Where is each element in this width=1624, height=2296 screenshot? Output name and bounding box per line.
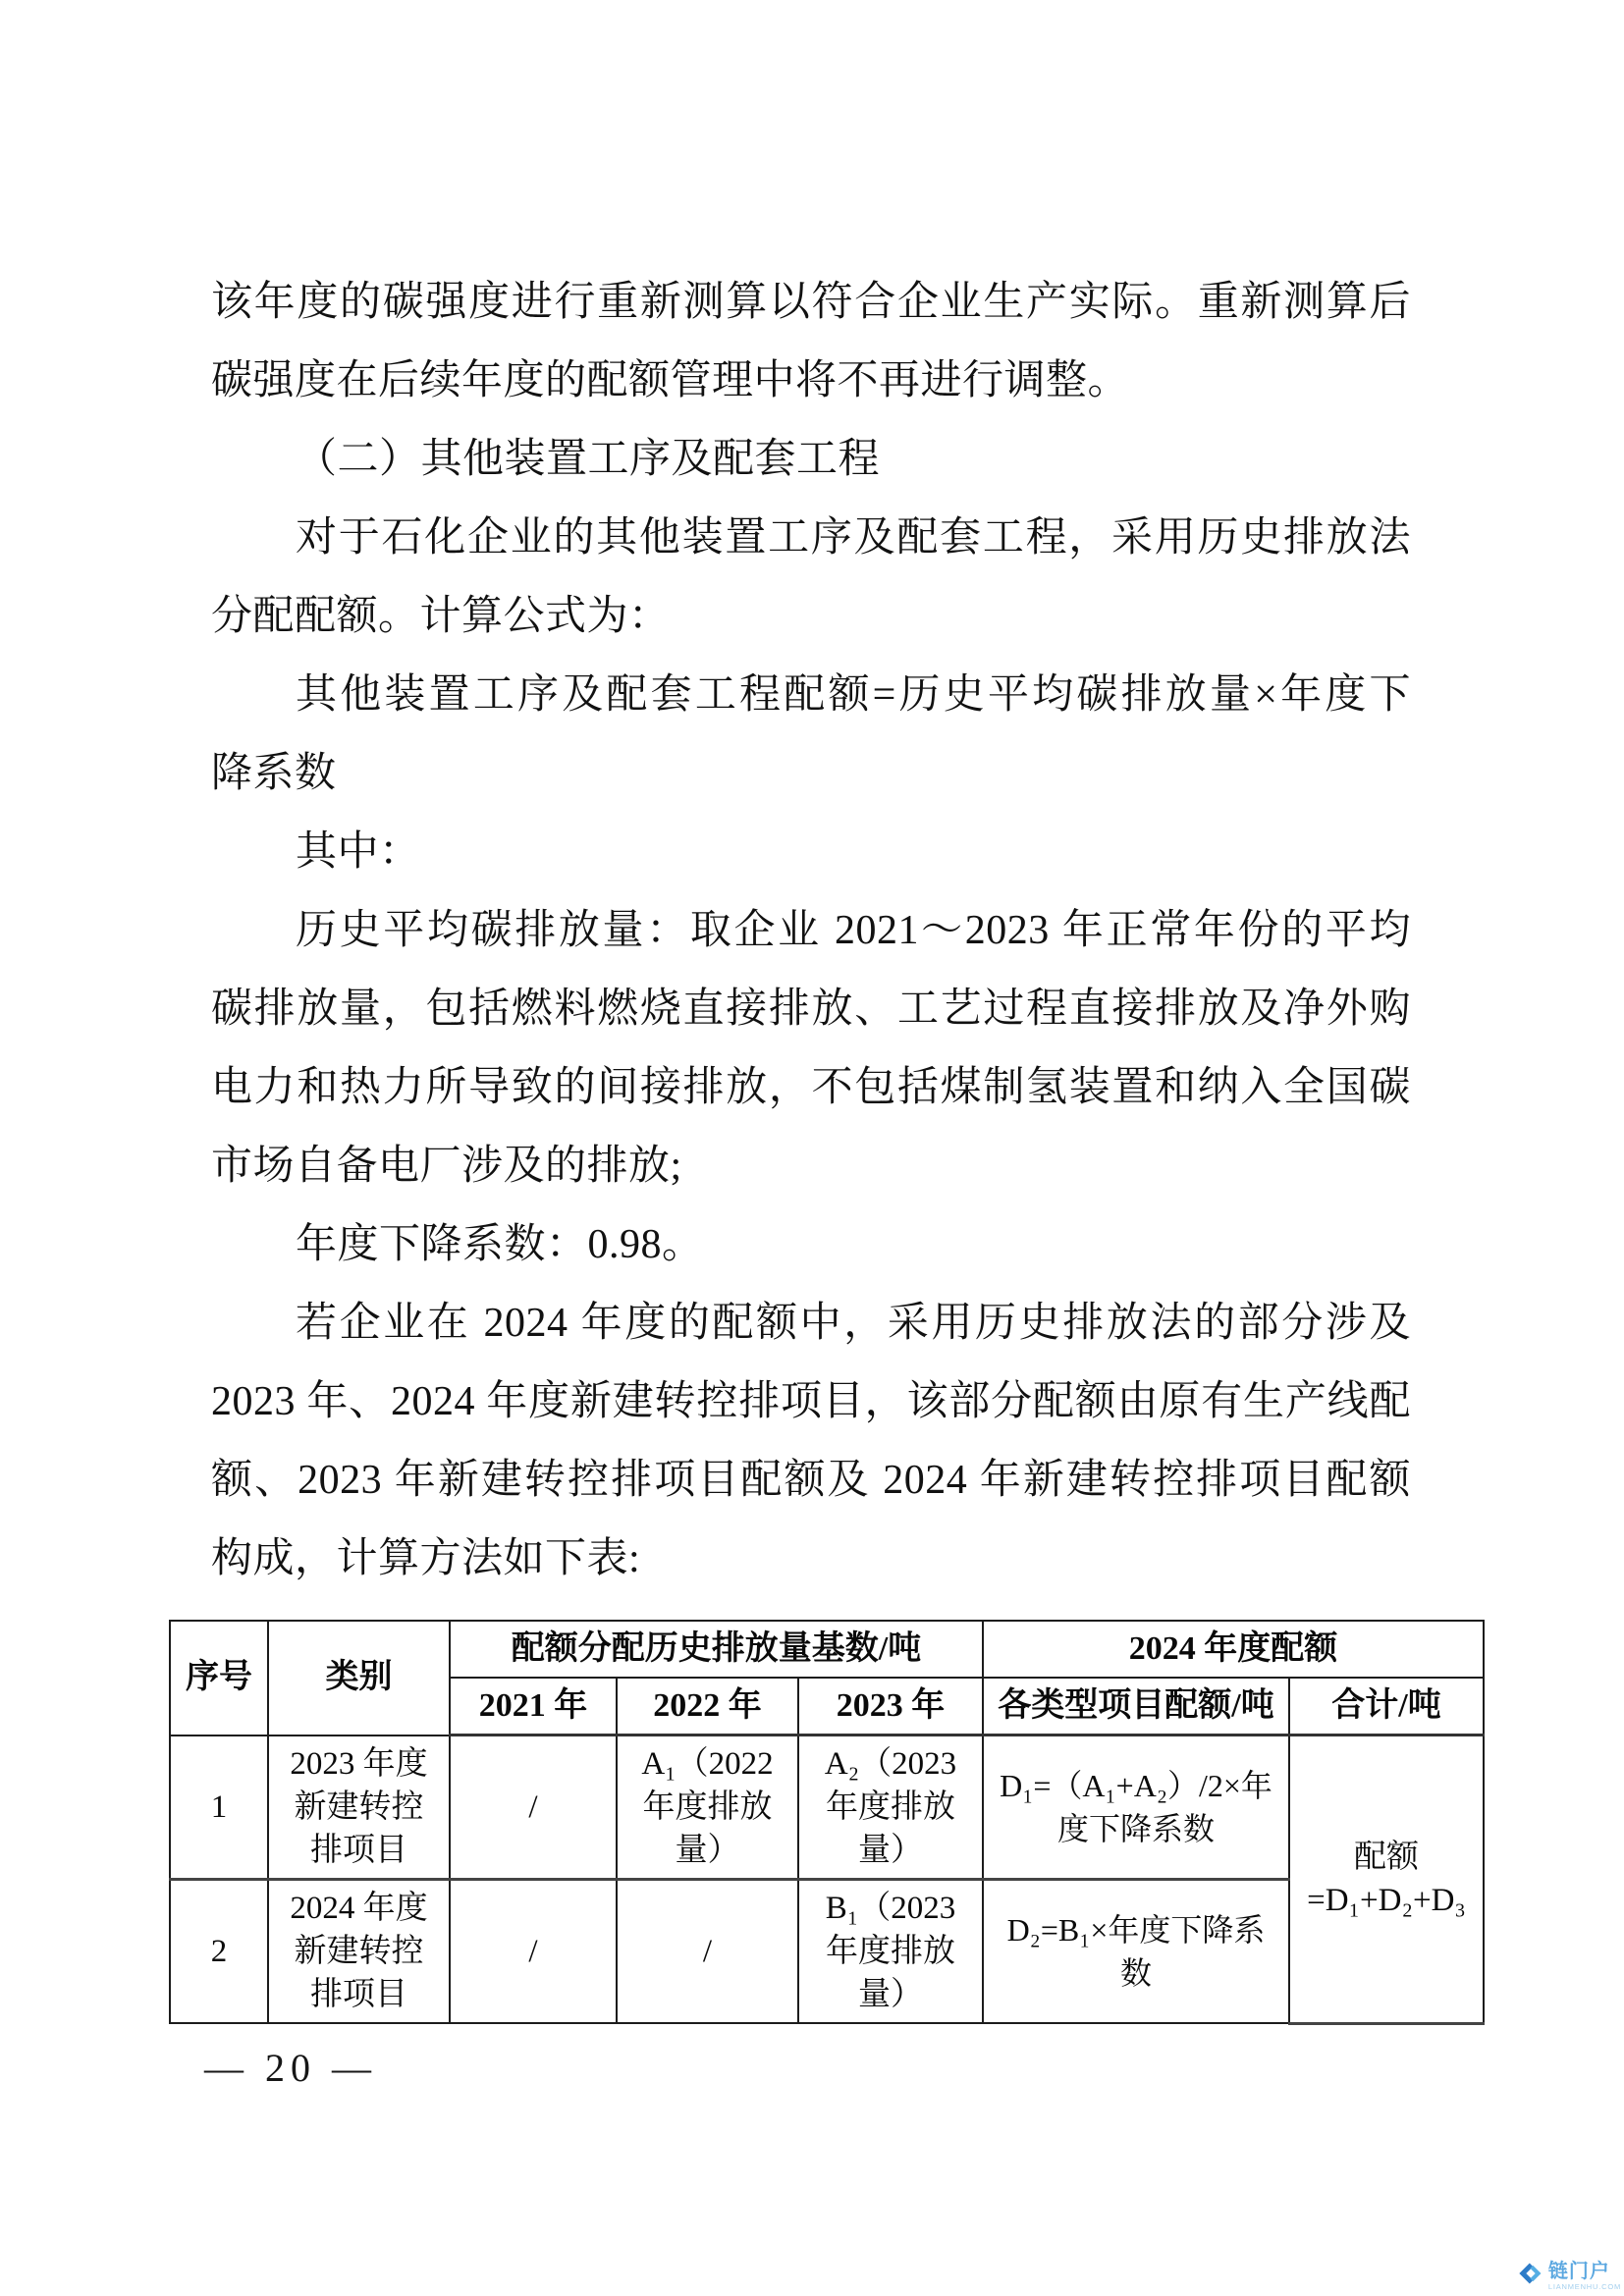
paragraph-line: 对于石化企业的其他装置工序及配套工程，采用历史排放法 bbox=[211, 499, 1411, 577]
cell-2021: / bbox=[450, 1880, 617, 2024]
quota-calculation-table: 序号 类别 配额分配历史排放量基数/吨 2024 年度配额 2021 年 202… bbox=[169, 1620, 1485, 2025]
cell-2021: / bbox=[450, 1735, 617, 1880]
header-category: 类别 bbox=[268, 1621, 450, 1735]
cell-2023: B₁（2023 年度排放 量） bbox=[798, 1880, 983, 2024]
watermark-name: 链门户 bbox=[1548, 2262, 1621, 2281]
table-header-group-row: 序号 类别 配额分配历史排放量基数/吨 2024 年度配额 bbox=[170, 1621, 1484, 1678]
cell-category: 2024 年度 新建转控 排项目 bbox=[268, 1880, 450, 2024]
paragraph-line: 2023 年、2024 年度新建转控排项目，该部分配额由原有生产线配 bbox=[211, 1362, 1411, 1441]
header-index: 序号 bbox=[170, 1621, 268, 1735]
header-group-history-base: 配额分配历史排放量基数/吨 bbox=[450, 1621, 983, 1678]
formula-line: 其他装置工序及配套工程配额=历史平均碳排放量×年度下 bbox=[211, 656, 1411, 734]
paragraph-line: 市场自备电厂涉及的排放; bbox=[211, 1127, 1411, 1205]
header-group-2024-quota: 2024 年度配额 bbox=[983, 1621, 1484, 1678]
cell-total-merged: 配额 =D₁+D₂+D₃ bbox=[1289, 1735, 1484, 2024]
document-page: 该年度的碳强度进行重新测算以符合企业生产实际。重新测算后 碳强度在后续年度的配额… bbox=[0, 0, 1624, 2296]
page-number: — 20 — bbox=[204, 2045, 377, 2091]
watermark: 链门户 LIANMENHU.COM bbox=[1517, 2260, 1621, 2292]
section-heading: （二）其他装置工序及配套工程 bbox=[211, 420, 1411, 499]
table-row: 2 2024 年度 新建转控 排项目 / / B₁（2023 年度排放 量） D… bbox=[170, 1880, 1484, 2024]
header-total: 合计/吨 bbox=[1289, 1678, 1484, 1735]
table-row: 1 2023 年度 新建转控 排项目 / A₁（2022 年度排放 量） A₂（… bbox=[170, 1735, 1484, 1880]
cell-2022: A₁（2022 年度排放 量） bbox=[617, 1735, 798, 1880]
paragraph-line: 年度下降系数：0.98。 bbox=[211, 1205, 1411, 1284]
paragraph-line: 该年度的碳强度进行重新测算以符合企业生产实际。重新测算后 bbox=[211, 263, 1411, 342]
lianmenhu-logo-icon bbox=[1517, 2260, 1544, 2292]
paragraph-line: 碳强度在后续年度的配额管理中将不再进行调整。 bbox=[211, 342, 1411, 420]
paragraph-line: 构成，计算方法如下表: bbox=[211, 1520, 1411, 1598]
header-2023: 2023 年 bbox=[798, 1678, 983, 1735]
watermark-text: 链门户 LIANMENHU.COM bbox=[1548, 2262, 1621, 2291]
paragraph-line: 分配配额。计算公式为： bbox=[211, 577, 1411, 656]
paragraph-line: 碳排放量，包括燃料燃烧直接排放、工艺过程直接排放及净外购 bbox=[211, 970, 1411, 1048]
header-2021: 2021 年 bbox=[450, 1678, 617, 1735]
paragraph-line: 电力和热力所导致的间接排放，不包括煤制氢装置和纳入全国碳 bbox=[211, 1048, 1411, 1127]
paragraph-line: 历史平均碳排放量：取企业 2021～2023 年正常年份的平均 bbox=[211, 891, 1411, 970]
watermark-domain: LIANMENHU.COM bbox=[1548, 2283, 1621, 2291]
cell-project-quota: D₂=B₁×年度下降系 数 bbox=[983, 1880, 1289, 2024]
cell-2022: / bbox=[617, 1880, 798, 2024]
cell-category: 2023 年度 新建转控 排项目 bbox=[268, 1735, 450, 1880]
formula-line: 降系数 bbox=[211, 734, 1411, 813]
paragraph-line: 额、2023 年新建转控排项目配额及 2024 年新建转控排项目配额 bbox=[211, 1441, 1411, 1520]
cell-index: 2 bbox=[170, 1880, 268, 2024]
header-project-quota: 各类型项目配额/吨 bbox=[983, 1678, 1289, 1735]
paragraph-line: 其中： bbox=[211, 813, 1411, 891]
cell-index: 1 bbox=[170, 1735, 268, 1880]
header-2022: 2022 年 bbox=[617, 1678, 798, 1735]
cell-project-quota: D₁=（A₁+A₂）/2×年 度下降系数 bbox=[983, 1735, 1289, 1880]
cell-2023: A₂（2023 年度排放 量） bbox=[798, 1735, 983, 1880]
paragraph-line: 若企业在 2024 年度的配额中，采用历史排放法的部分涉及 bbox=[211, 1284, 1411, 1362]
document-body: 该年度的碳强度进行重新测算以符合企业生产实际。重新测算后 碳强度在后续年度的配额… bbox=[211, 263, 1411, 1598]
